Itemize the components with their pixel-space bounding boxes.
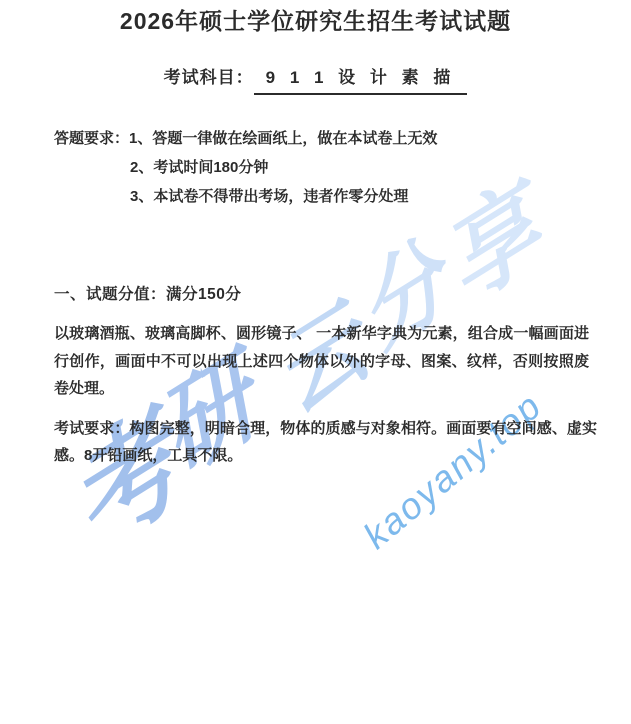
question-body: 以玻璃酒瓶、玻璃高脚杯、圆形镜子、 一本新华字典为元素，组合成一幅画面进行创作，…: [54, 320, 589, 403]
instruction-item: 2、考试时间180分钟: [130, 159, 268, 176]
instruction-row: 答题要求：1、答题一律做在绘画纸上，做在本试卷上无效: [54, 131, 631, 146]
exam-subject-line: 考试科目：9 1 1 设 计 素 描: [0, 66, 631, 95]
instruction-row: 2、考试时间180分钟: [54, 160, 631, 175]
exam-requirements: 考试要求：构图完整，明暗合理，物体的质感与对象相符。画面要有空间感、虚实感。8开…: [54, 415, 597, 470]
section-heading-score: 一、试题分值：满分150分: [54, 282, 631, 304]
instruction-row: 3、本试卷不得带出考场，违者作零分处理: [54, 189, 631, 204]
exam-subject-label: 考试科目：: [164, 68, 254, 87]
page-title: 2026年硕士学位研究生招生考试试题: [0, 6, 631, 36]
instructions-label: 答题要求：: [54, 130, 129, 147]
exam-paper-page: 考 研 云 分 享 kaoyany.top 2026年硕士学位研究生招生考试试题…: [0, 0, 631, 724]
answer-instructions: 答题要求：1、答题一律做在绘画纸上，做在本试卷上无效 2、考试时间180分钟 3…: [54, 131, 631, 204]
instruction-item: 1、答题一律做在绘画纸上，做在本试卷上无效: [129, 130, 437, 147]
exam-subject-value: 9 1 1 设 计 素 描: [254, 66, 468, 95]
instruction-item: 3、本试卷不得带出考场，违者作零分处理: [130, 188, 408, 205]
document-content: 2026年硕士学位研究生招生考试试题 考试科目：9 1 1 设 计 素 描 答题…: [0, 6, 631, 470]
